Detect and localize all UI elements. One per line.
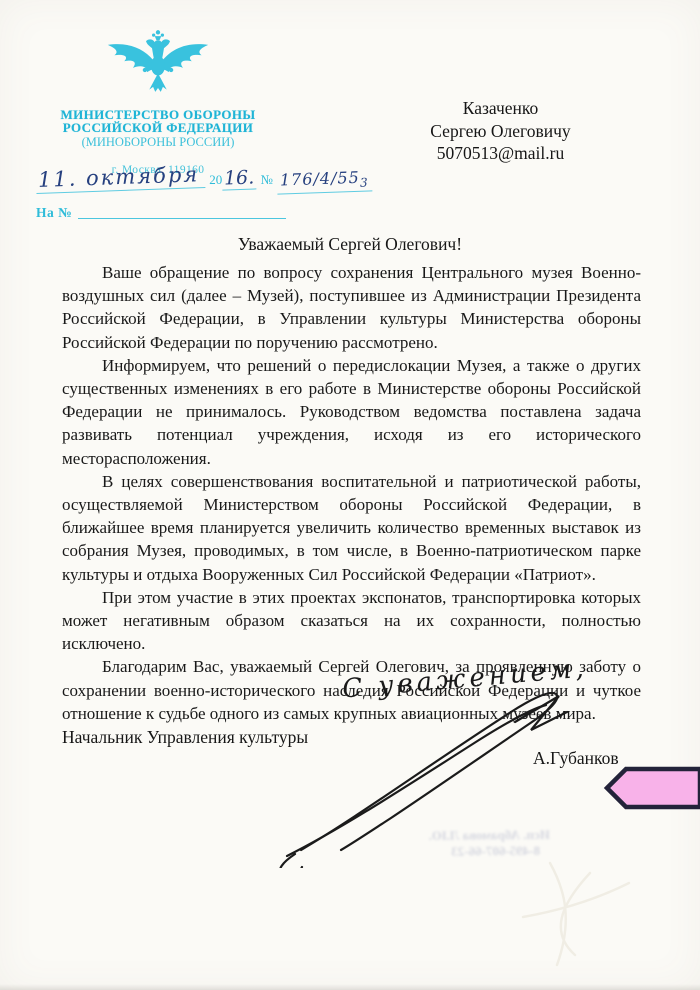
recipient-name-patronymic: Сергею Олеговичу bbox=[408, 120, 593, 143]
letterhead: МИНИСТЕРСТВО ОБОРОНЫ РОССИЙСКОЙ ФЕДЕРАЦИ… bbox=[38, 22, 278, 176]
letterhead-line2: РОССИЙСКОЙ ФЕДЕРАЦИИ bbox=[38, 121, 278, 134]
number-label: № bbox=[260, 172, 272, 187]
paragraph-1: Ваше обращение по вопросу сохранения Цен… bbox=[62, 261, 641, 354]
paragraph-3: В целях совершенствования воспитательной… bbox=[62, 470, 641, 586]
handwritten-year: 16. bbox=[222, 166, 257, 190]
double-headed-eagle-icon bbox=[98, 22, 218, 106]
reply-to-label: На № bbox=[36, 205, 72, 221]
handwritten-date: 11. октября bbox=[36, 162, 206, 194]
handwritten-number: 176/4/553 bbox=[276, 167, 371, 194]
paragraph-4: При этом участие в этих проектах экспона… bbox=[62, 586, 641, 656]
reference-block: 11. октября 2016. № 176/4/553 На № bbox=[36, 165, 336, 221]
recipient-email: 5070513@mail.ru bbox=[408, 142, 593, 165]
recipient-surname: Казаченко bbox=[408, 97, 593, 120]
recipient-block: Казаченко Сергею Олеговичу 5070513@mail.… bbox=[408, 97, 593, 165]
letterhead-line3: (МИНОБОРОНЫ РОССИИ) bbox=[38, 135, 278, 149]
paragraph-2: Информируем, что решений о передислокаци… bbox=[62, 354, 641, 470]
pink-arrow-tab-icon bbox=[602, 765, 700, 811]
bleed-through-signature-icon bbox=[495, 855, 655, 975]
scanned-letter-page: МИНИСТЕРСТВО ОБОРОНЫ РОССИЙСКОЙ ФЕДЕРАЦИ… bbox=[0, 0, 700, 990]
reply-to-blank-line bbox=[78, 218, 286, 219]
salutation: Уважаемый Сергей Олегович! bbox=[0, 234, 700, 255]
printed-year-prefix: 20 bbox=[209, 172, 222, 187]
signer-position-title: Начальник Управления культуры bbox=[62, 727, 308, 748]
